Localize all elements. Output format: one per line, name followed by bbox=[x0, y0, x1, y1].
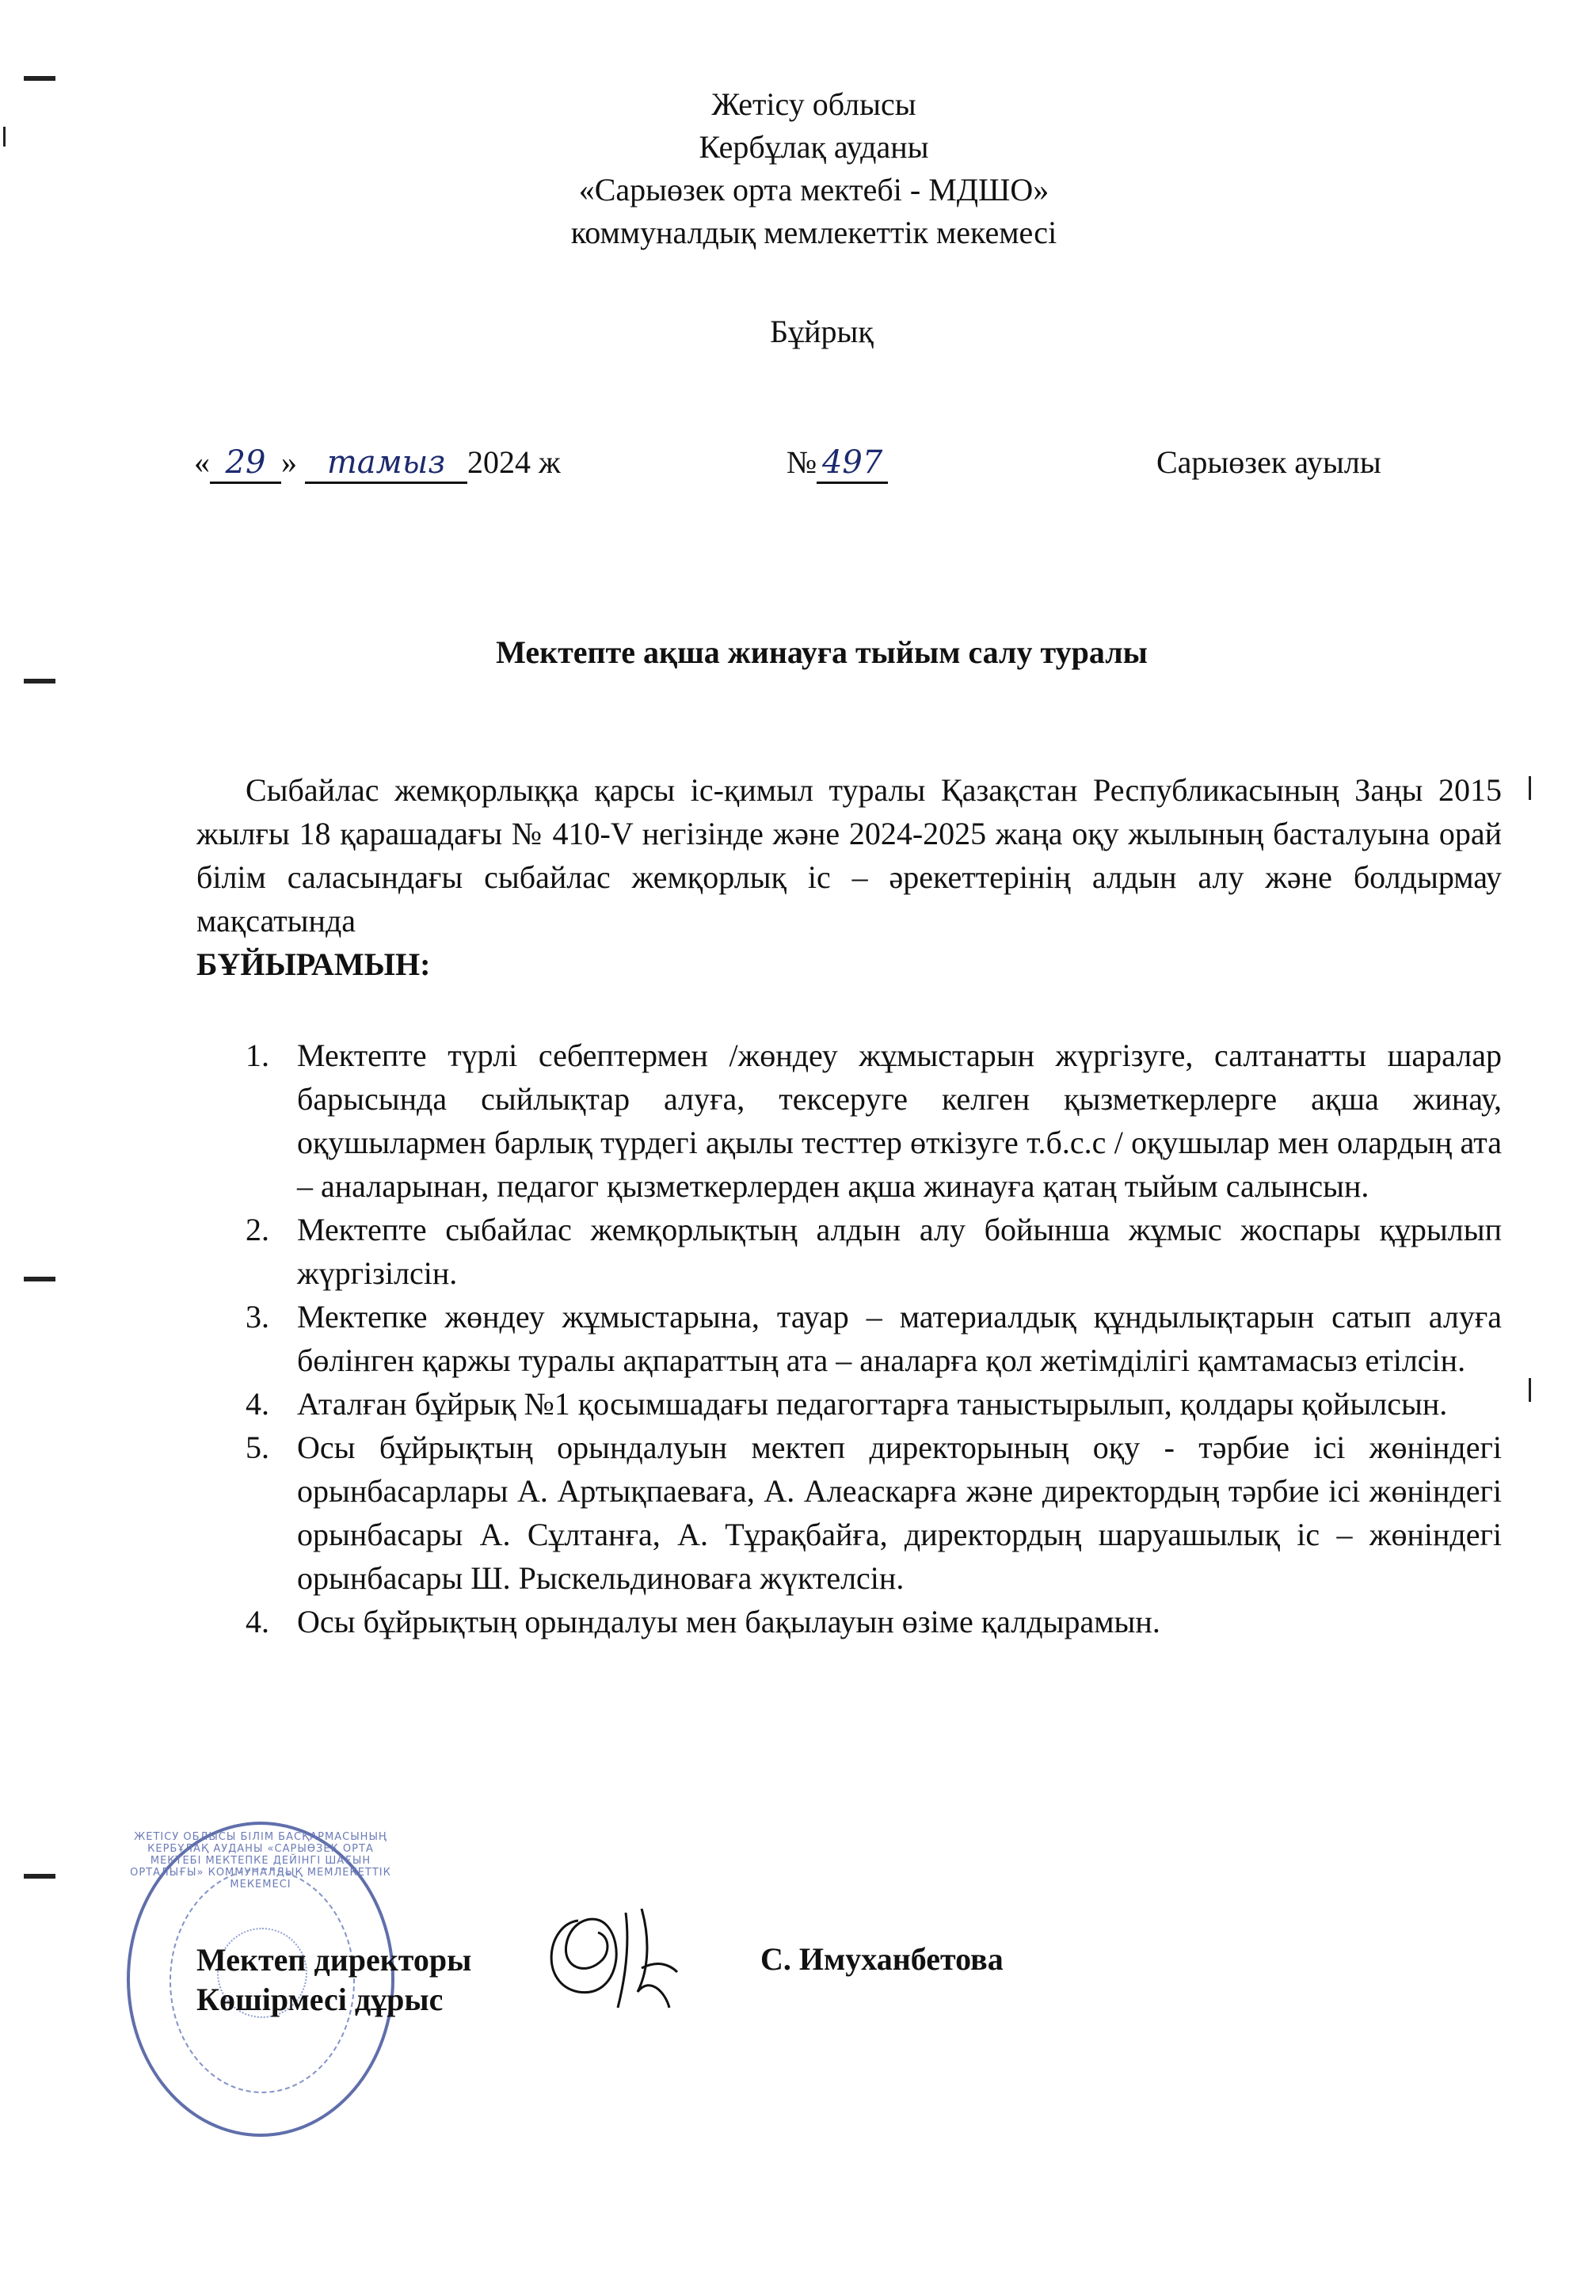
document-header: Жетісу облысы Кербұлақ ауданы «Сарыөзек … bbox=[0, 83, 1596, 254]
preamble-text: Сыбайлас жемқорлыққа қарсы іс-қимыл тура… bbox=[196, 772, 1502, 939]
scan-mark bbox=[24, 76, 55, 81]
handwritten-signature-icon bbox=[531, 1897, 713, 2024]
order-item: 4.Аталған бұйрық №1 қосымшадағы педагогт… bbox=[196, 1382, 1502, 1426]
order-text: Мектепке жөндеу жұмыстарына, тауар – мат… bbox=[297, 1299, 1502, 1378]
handwritten-day: 29 bbox=[210, 444, 281, 484]
document-page: Жетісу облысы Кербұлақ ауданы «Сарыөзек … bbox=[0, 0, 1596, 2296]
order-text: Мектепте сыбайлас жемқорлықтың алдын алу… bbox=[297, 1212, 1502, 1291]
order-number: 5. bbox=[246, 1426, 269, 1469]
order-number: 2. bbox=[246, 1208, 269, 1251]
order-number: 4. bbox=[246, 1382, 269, 1426]
quote-open: « bbox=[194, 444, 210, 480]
signer-position: Мектеп директоры bbox=[196, 1940, 471, 1980]
order-text: Мектепте түрлі себептермен /жөндеу жұмыс… bbox=[297, 1038, 1502, 1204]
order-text: Осы бұйрықтың орындалуы мен бақылауын өз… bbox=[297, 1604, 1160, 1639]
scan-mark bbox=[24, 679, 55, 683]
orders-list: 1.Мектепте түрлі себептермен /жөндеу жұм… bbox=[196, 1034, 1502, 1643]
order-word: БҰЙЫРАМЫН: bbox=[196, 946, 430, 982]
order-item: 2.Мектепте сыбайлас жемқорлықтың алдын а… bbox=[196, 1208, 1502, 1295]
handwritten-month: тамыз bbox=[305, 444, 467, 484]
order-item: 3.Мектепке жөндеу жұмыстарына, тауар – м… bbox=[196, 1295, 1502, 1382]
handwritten-number: 497 bbox=[817, 444, 888, 484]
header-region: Жетісу облысы bbox=[32, 83, 1596, 126]
order-number: 1. bbox=[246, 1034, 269, 1077]
copy-note: Көшірмесі дұрыс bbox=[196, 1980, 471, 2020]
document-date: «29» тамыз2024 ж bbox=[194, 444, 561, 484]
scan-mark bbox=[24, 1874, 55, 1879]
document-title: Мектепте ақша жинауға тыйым салу туралы bbox=[48, 634, 1596, 671]
preamble-paragraph: Сыбайлас жемқорлыққа қарсы іс-қимыл тура… bbox=[196, 768, 1502, 986]
header-district: Кербұлақ ауданы bbox=[32, 126, 1596, 169]
order-item: 5.Осы бұйрықтың орындалуын мектеп директ… bbox=[196, 1426, 1502, 1600]
document-meta-row: «29» тамыз2024 ж №497 Сарыөзек ауылы bbox=[0, 444, 1596, 507]
order-text: Аталған бұйрық №1 қосымшадағы педагогтар… bbox=[297, 1386, 1447, 1422]
order-number: 4. bbox=[246, 1600, 269, 1643]
order-item: 1.Мектепте түрлі себептермен /жөндеу жұм… bbox=[196, 1034, 1502, 1208]
document-place: Сарыөзек ауылы bbox=[1156, 444, 1381, 481]
signer-name: С. Имуханбетова bbox=[760, 1940, 1004, 1978]
date-year: 2024 ж bbox=[467, 444, 561, 480]
number-label: № bbox=[787, 444, 817, 480]
quote-close: » bbox=[281, 444, 297, 480]
order-item: 4.Осы бұйрықтың орындалуы мен бақылауын … bbox=[196, 1600, 1502, 1643]
scan-mark bbox=[1529, 776, 1531, 800]
order-text: Осы бұйрықтың орындалуын мектеп директор… bbox=[297, 1430, 1502, 1596]
scan-mark bbox=[24, 1277, 55, 1281]
header-org-type: коммуналдық мемлекеттік мекемесі bbox=[32, 211, 1596, 254]
signature-block: Мектеп директоры Көшірмесі дұрыс bbox=[196, 1940, 471, 2020]
document-number: №497 bbox=[787, 444, 888, 484]
scan-mark bbox=[1529, 1378, 1531, 1402]
document-type: Бұйрық bbox=[48, 313, 1596, 350]
order-number: 3. bbox=[246, 1295, 269, 1338]
header-school: «Сарыөзек орта мектебі - МДШО» bbox=[32, 169, 1596, 211]
